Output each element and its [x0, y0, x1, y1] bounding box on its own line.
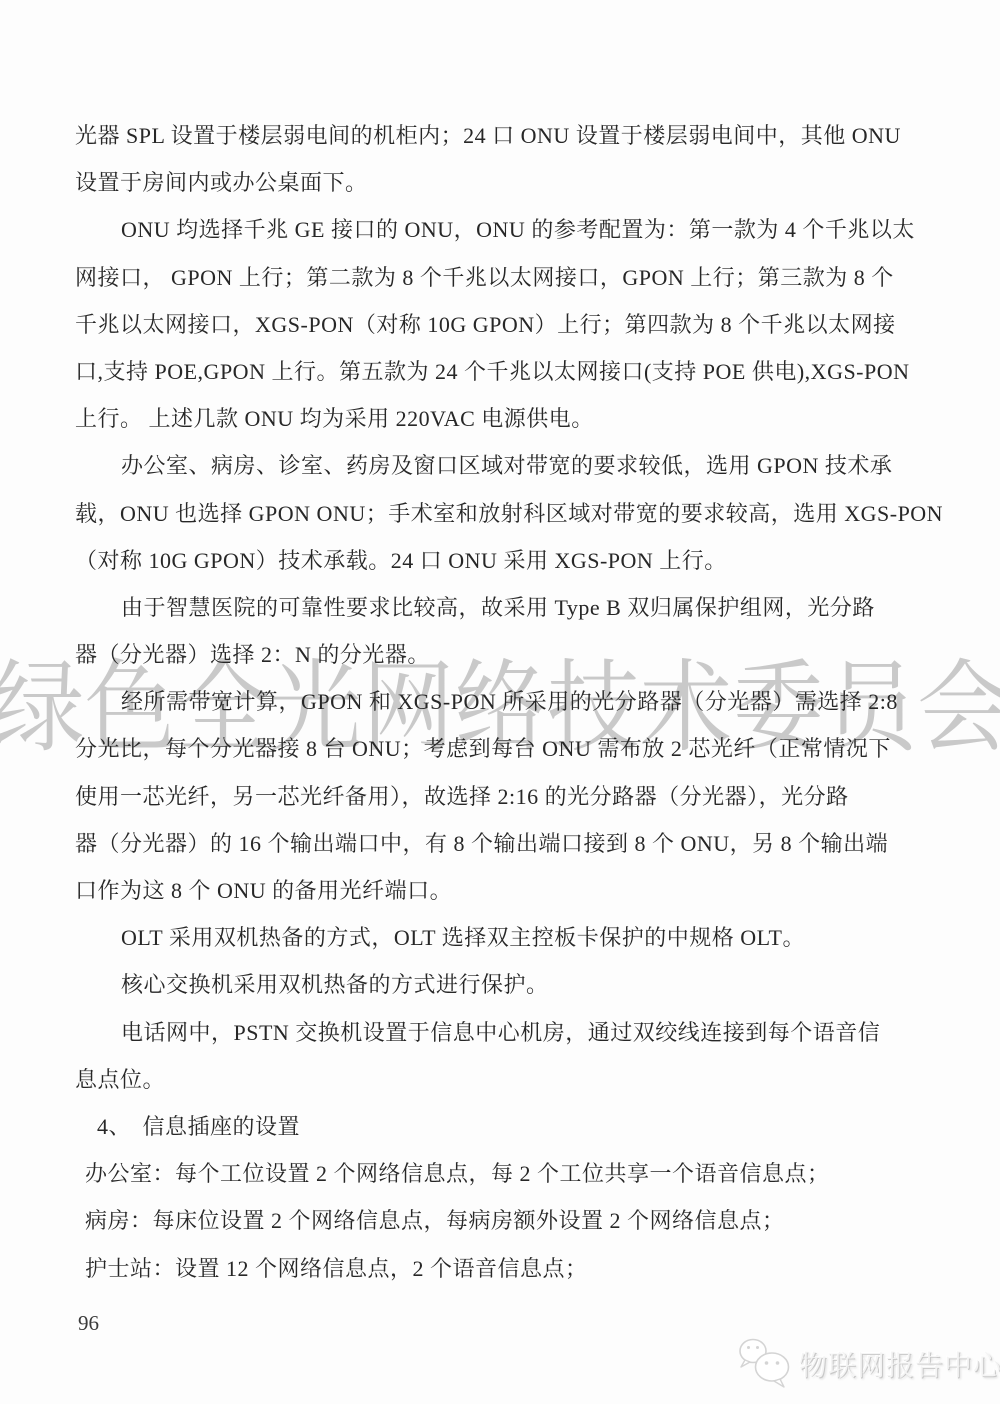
- page-number: 96: [78, 1308, 99, 1338]
- text-line: 病房：每床位设置 2 个网络信息点，每病房额外设置 2 个网络信息点；: [75, 1197, 955, 1244]
- text-line: 办公室：每个工位设置 2 个网络信息点，每 2 个工位共享一个语音信息点；: [75, 1150, 955, 1197]
- footer-watermark: 物联网报告中心: [736, 1334, 1000, 1394]
- text-line: 护士站：设置 12 个网络信息点，2 个语音信息点；: [75, 1245, 955, 1292]
- text-line: 口作为这 8 个 ONU 的备用光纤端口。: [75, 867, 955, 914]
- text-line: 上行。 上述几款 ONU 均为采用 220VAC 电源供电。: [75, 395, 955, 442]
- document-body: 光器 SPL 设置于楼层弱电间的机柜内；24 口 ONU 设置于楼层弱电间中，其…: [75, 112, 955, 1292]
- text-line: 口,支持 POE,GPON 上行。第五款为 24 个千兆以太网接口(支持 POE…: [75, 348, 955, 395]
- text-line: 光器 SPL 设置于楼层弱电间的机柜内；24 口 ONU 设置于楼层弱电间中，其…: [75, 112, 955, 159]
- text-line: 息点位。: [75, 1056, 955, 1103]
- footer-brand-text: 物联网报告中心: [799, 1344, 1000, 1384]
- document-page: 绿色全光网络技术委员会 光器 SPL 设置于楼层弱电间的机柜内；24 口 ONU…: [0, 0, 1000, 1404]
- text-line: 办公室、病房、诊室、药房及窗口区域对带宽的要求较低，选用 GPON 技术承: [75, 442, 955, 489]
- text-line: 器（分光器）的 16 个输出端口中，有 8 个输出端口接到 8 个 ONU，另 …: [75, 820, 955, 867]
- text-line: 由于智慧医院的可靠性要求比较高，故采用 Type B 双归属保护组网，光分路: [75, 584, 955, 631]
- text-line: 分光比，每个分光器接 8 台 ONU；考虑到每台 ONU 需布放 2 芯光纤（正…: [75, 725, 955, 772]
- text-line: OLT 采用双机热备的方式，OLT 选择双主控板卡保护的中规格 OLT。: [75, 914, 955, 961]
- text-line: ONU 均选择千兆 GE 接口的 ONU，ONU 的参考配置为：第一款为 4 个…: [75, 206, 955, 253]
- wechat-icon: [736, 1334, 794, 1394]
- text-line: 经所需带宽计算，GPON 和 XGS-PON 所采用的光分路器（分光器）需选择 …: [75, 678, 955, 725]
- text-line: 载，ONU 也选择 GPON ONU；手术室和放射科区域对带宽的要求较高，选用 …: [75, 490, 955, 537]
- text-line: 核心交换机采用双机热备的方式进行保护。: [75, 961, 955, 1008]
- text-line: 使用一芯光纤，另一芯光纤备用），故选择 2:16 的光分路器（分光器），光分路: [75, 773, 955, 820]
- text-line: 网接口， GPON 上行；第二款为 8 个千兆以太网接口，GPON 上行；第三款…: [75, 254, 955, 301]
- text-line: 设置于房间内或办公桌面下。: [75, 159, 955, 206]
- text-line: （对称 10G GPON）技术承载。24 口 ONU 采用 XGS-PON 上行…: [75, 537, 955, 584]
- text-line: 电话网中，PSTN 交换机设置于信息中心机房，通过双绞线连接到每个语音信: [75, 1009, 955, 1056]
- text-line: 4、 信息插座的设置: [75, 1103, 955, 1150]
- text-line: 千兆以太网接口，XGS-PON（对称 10G GPON）上行；第四款为 8 个千…: [75, 301, 955, 348]
- text-line: 器（分光器）选择 2：N 的分光器。: [75, 631, 955, 678]
